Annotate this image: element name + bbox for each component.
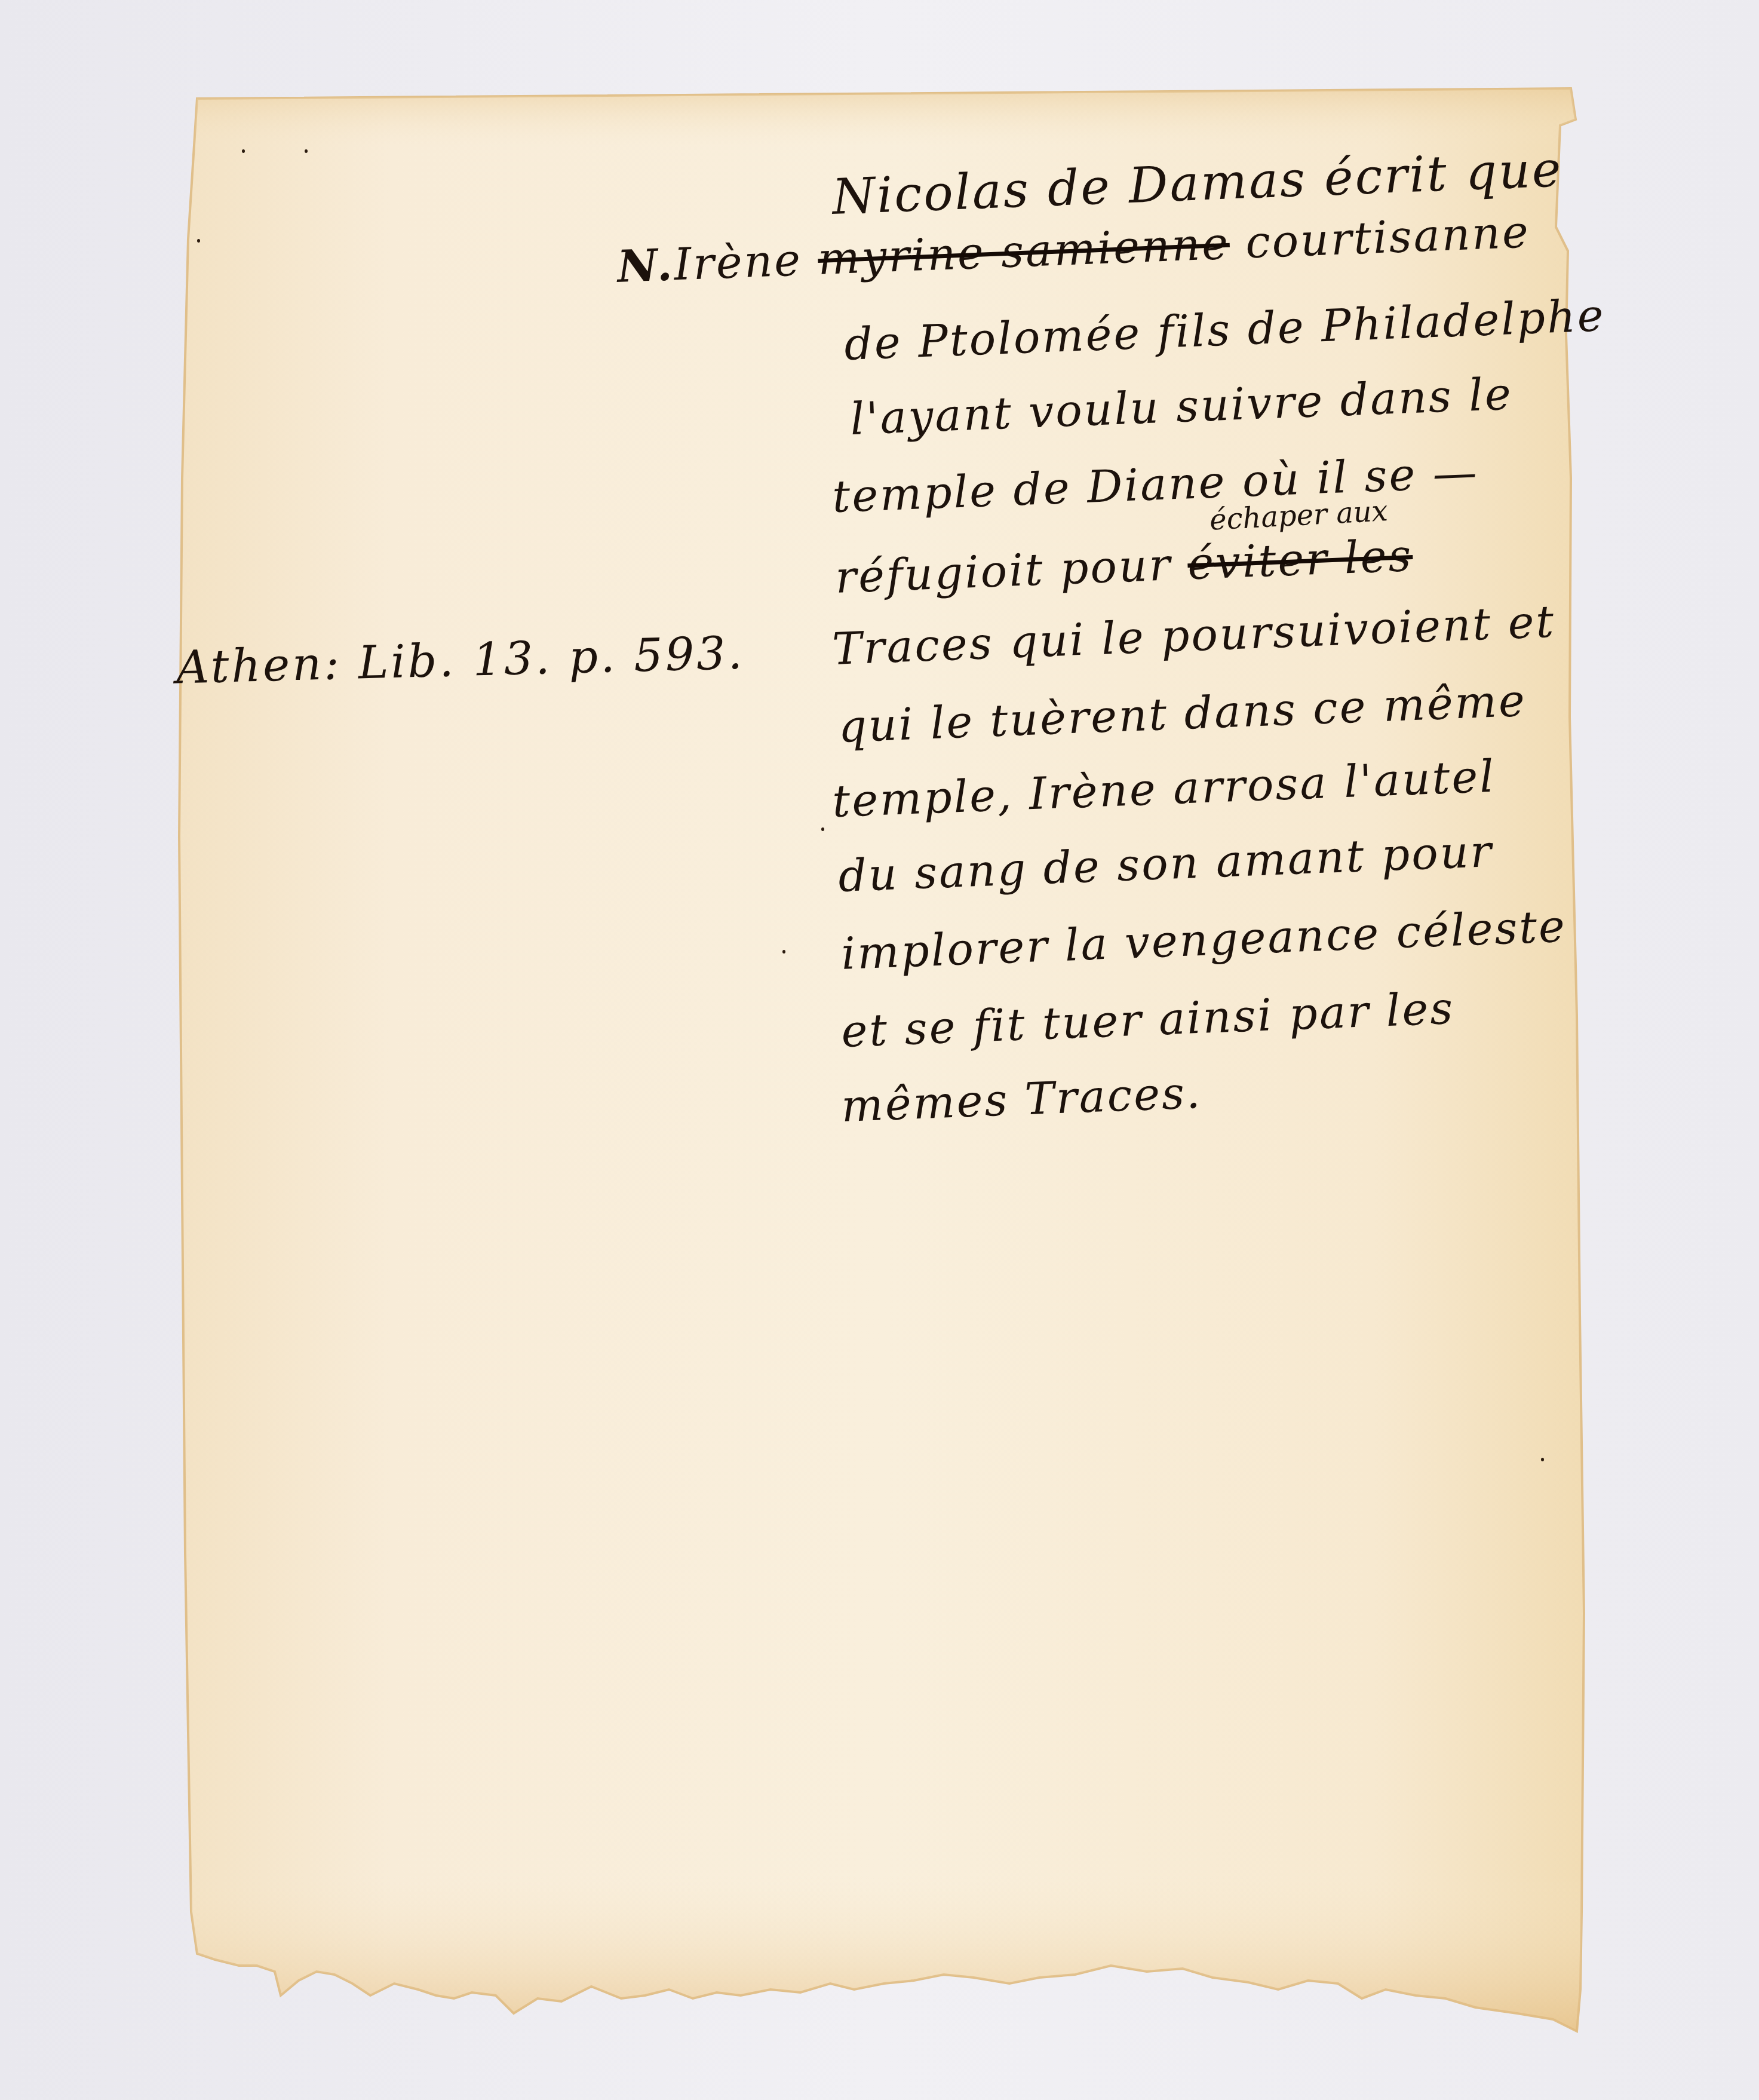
paper-speck [242,149,245,153]
manuscript-page: Athen: Lib. 13. p. 593. Nicolas de Damas… [0,0,1759,2100]
paper-speck [305,149,308,153]
paper-speck [1541,1458,1544,1461]
paper-speck [821,827,824,831]
name-irene: Irène [673,234,803,290]
text-line-13: mêmes Traces. [840,1071,1202,1129]
paper-speck [782,950,785,954]
marginal-mark: N. [616,239,675,293]
struck-text: éviter les [1187,530,1414,590]
paper-speck [197,239,200,243]
